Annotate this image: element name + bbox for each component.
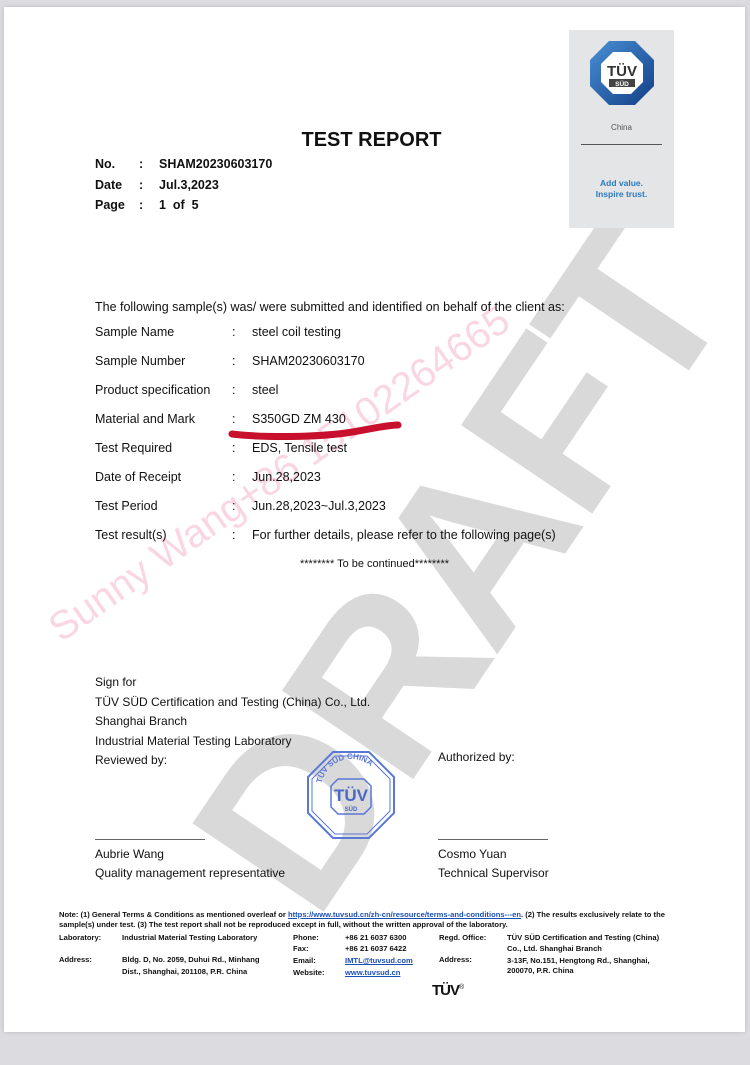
logo-tagline: Add value. Inspire trust. bbox=[569, 178, 674, 200]
field-row: Product specification:steel bbox=[95, 383, 556, 412]
tuv-octagon-logo-icon: TÜV SÜD bbox=[589, 40, 655, 106]
tuv-footer-logo: TÜV® bbox=[432, 982, 463, 999]
field-row: Sample Name:steel coil testing bbox=[95, 325, 556, 354]
reviewer-name: Aubrie Wang bbox=[95, 845, 285, 864]
field-row: Test result(s):For further details, plea… bbox=[95, 528, 556, 557]
field-row: Test Required:EDS, Tensile test bbox=[95, 441, 556, 470]
authorizer-name: Cosmo Yuan bbox=[438, 845, 549, 864]
website-link[interactable]: www.tuvsud.cn bbox=[345, 968, 400, 977]
red-underline-mark bbox=[226, 420, 406, 442]
footer-lab-info: Industrial Material Testing Laboratory B… bbox=[122, 933, 292, 977]
continued-note: ******** To be continued******** bbox=[4, 558, 745, 570]
meta-page: Page : 1 of 5 bbox=[95, 198, 272, 219]
tuv-stamp-icon: TÜV SÜD CHINA TÜV SÜD bbox=[305, 749, 397, 841]
authorized-label: Authorized by: bbox=[438, 750, 515, 764]
intro-text: The following sample(s) was/ were submit… bbox=[95, 300, 565, 314]
reviewer-block: Aubrie Wang Quality management represent… bbox=[95, 839, 285, 883]
footer-labels-left: Laboratory: Address: bbox=[59, 933, 125, 965]
svg-text:SÜD: SÜD bbox=[345, 806, 358, 813]
reviewer-title: Quality management representative bbox=[95, 864, 285, 883]
svg-text:TÜV: TÜV bbox=[334, 786, 369, 805]
authorizer-signature-line bbox=[438, 839, 548, 840]
field-row: Date of Receipt:Jun.28,2023 bbox=[95, 470, 556, 499]
email-link[interactable]: IMTL@tuvsud.com bbox=[345, 956, 413, 965]
report-page: DRAFT Sunny Wang+86 15102264665 TÜV SÜD … bbox=[4, 7, 745, 1032]
authorizer-title: Technical Supervisor bbox=[438, 864, 549, 883]
report-title: TEST REPORT bbox=[4, 129, 745, 152]
footer-regd-labels: Regd. Office: Address: bbox=[439, 933, 509, 965]
meta-date: Date : Jul.3,2023 bbox=[95, 178, 272, 199]
field-row: Sample Number:SHAM20230603170 bbox=[95, 354, 556, 383]
report-meta: No. : SHAM20230603170 Date : Jul.3,2023 … bbox=[95, 157, 272, 219]
authorizer-block: Cosmo Yuan Technical Supervisor bbox=[438, 839, 549, 883]
footer-regd-info: TÜV SÜD Certification and Testing (China… bbox=[507, 933, 707, 976]
footer-contact-values: +86 21 6037 6300 +86 21 6037 6422 IMTL@t… bbox=[345, 933, 440, 978]
reviewer-signature-line bbox=[95, 839, 205, 840]
terms-link[interactable]: https://www.tuvsud.cn/zh-cn/resource/ter… bbox=[288, 910, 521, 919]
meta-number: No. : SHAM20230603170 bbox=[95, 157, 272, 178]
svg-text:SÜD: SÜD bbox=[615, 79, 629, 88]
footer-contact-labels: Phone: Fax: Email: Website: bbox=[293, 933, 348, 978]
svg-text:TÜV: TÜV bbox=[607, 63, 637, 80]
field-row: Test Period:Jun.28,2023~Jul.3,2023 bbox=[95, 499, 556, 528]
footer-note: Note: (1) General Terms & Conditions as … bbox=[59, 910, 699, 930]
